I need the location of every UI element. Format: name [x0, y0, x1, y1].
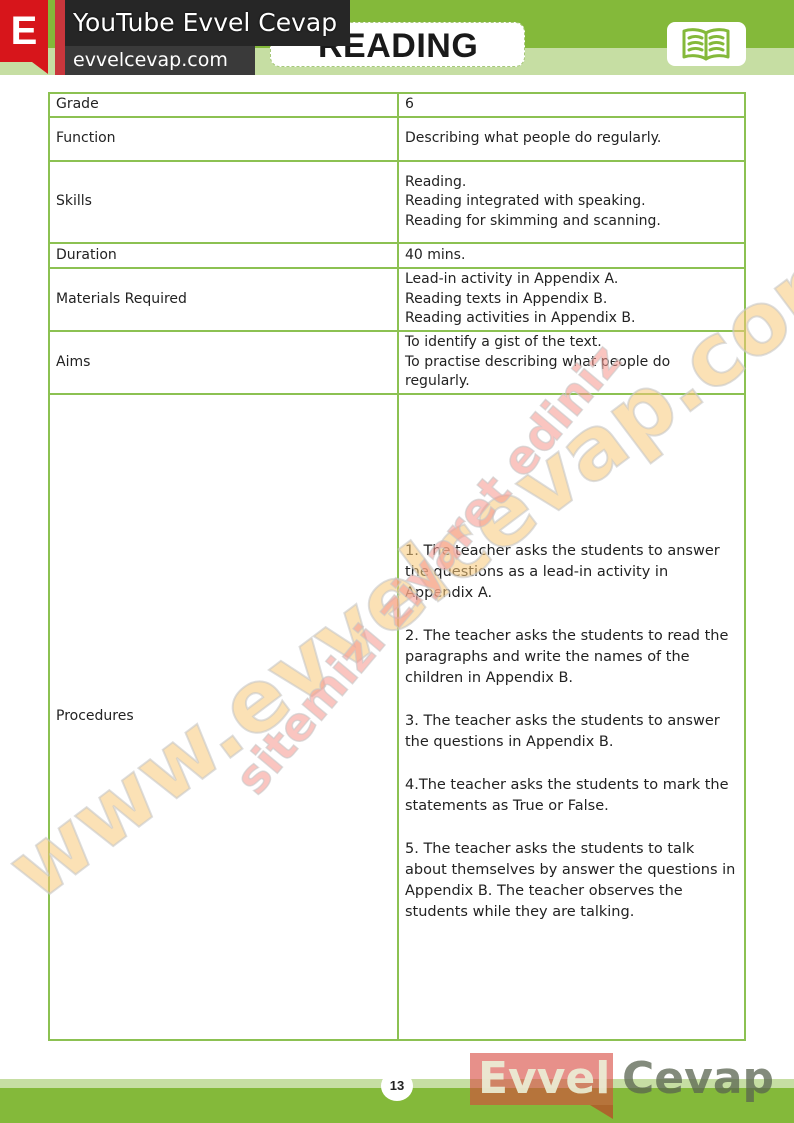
brand-divider	[55, 0, 65, 75]
row-label-grade: Grade	[49, 93, 398, 117]
row-value-grade: 6	[398, 93, 745, 117]
youtube-channel-label[interactable]: YouTube Evvel Cevap	[65, 0, 350, 46]
value-line: Reading integrated with speaking.	[405, 192, 738, 212]
row-value-materials: Lead-in activity in Appendix A. Reading …	[398, 268, 745, 331]
table-row: Materials Required Lead-in activity in A…	[49, 268, 745, 331]
footer-logo-tail	[590, 1105, 613, 1119]
value-line: 6	[405, 95, 738, 115]
procedure-step: 2. The teacher asks the students to read…	[405, 626, 738, 689]
procedure-step: 3. The teacher asks the students to answ…	[405, 711, 738, 753]
value-line: To practise describing what people do re…	[405, 353, 738, 392]
row-label-procedures: Procedures	[49, 394, 398, 1040]
row-label-duration: Duration	[49, 243, 398, 268]
table-row: Duration 40 mins.	[49, 243, 745, 268]
procedure-step: 4.The teacher asks the students to mark …	[405, 775, 738, 817]
value-line: Reading.	[405, 173, 738, 193]
lesson-plan-table: Grade 6 Function Describing what people …	[48, 92, 746, 1041]
brand-logo-tail	[32, 62, 48, 74]
footer-logo-evvel: Evvel	[478, 1052, 610, 1106]
procedure-step: 5. The teacher asks the students to talk…	[405, 839, 738, 923]
value-line: Reading texts in Appendix B.	[405, 290, 738, 310]
table-row: Function Describing what people do regul…	[49, 117, 745, 161]
row-value-function: Describing what people do regularly.	[398, 117, 745, 161]
value-line: Reading activities in Appendix B.	[405, 309, 738, 329]
footer-logo-cevap: Cevap	[622, 1052, 774, 1106]
value-line: To identify a gist of the text.	[405, 333, 738, 353]
table-row: Grade 6	[49, 93, 745, 117]
row-label-skills: Skills	[49, 161, 398, 243]
row-label-function: Function	[49, 117, 398, 161]
page-number: 13	[381, 1071, 413, 1101]
row-value-aims: To identify a gist of the text. To pract…	[398, 331, 745, 394]
site-link[interactable]: evvelcevap.com	[65, 46, 255, 75]
value-line: 40 mins.	[405, 246, 738, 266]
row-label-materials: Materials Required	[49, 268, 398, 331]
row-value-skills: Reading. Reading integrated with speakin…	[398, 161, 745, 243]
value-line: Reading for skimming and scanning.	[405, 212, 738, 232]
procedure-list: 1. The teacher asks the students to answ…	[405, 511, 738, 923]
table-row: Procedures 1. The teacher asks the stude…	[49, 394, 745, 1040]
procedure-step: 1. The teacher asks the students to answ…	[405, 541, 738, 604]
row-value-duration: 40 mins.	[398, 243, 745, 268]
row-value-procedures: 1. The teacher asks the students to answ…	[398, 394, 745, 1040]
open-book-icon	[680, 26, 732, 62]
table-row: Skills Reading. Reading integrated with …	[49, 161, 745, 243]
value-line: Lead-in activity in Appendix A.	[405, 270, 738, 290]
book-icon-box	[667, 22, 746, 66]
brand-logo-badge: E	[0, 0, 48, 62]
row-label-aims: Aims	[49, 331, 398, 394]
table-row: Aims To identify a gist of the text. To …	[49, 331, 745, 394]
value-line: Describing what people do regularly.	[405, 129, 738, 149]
